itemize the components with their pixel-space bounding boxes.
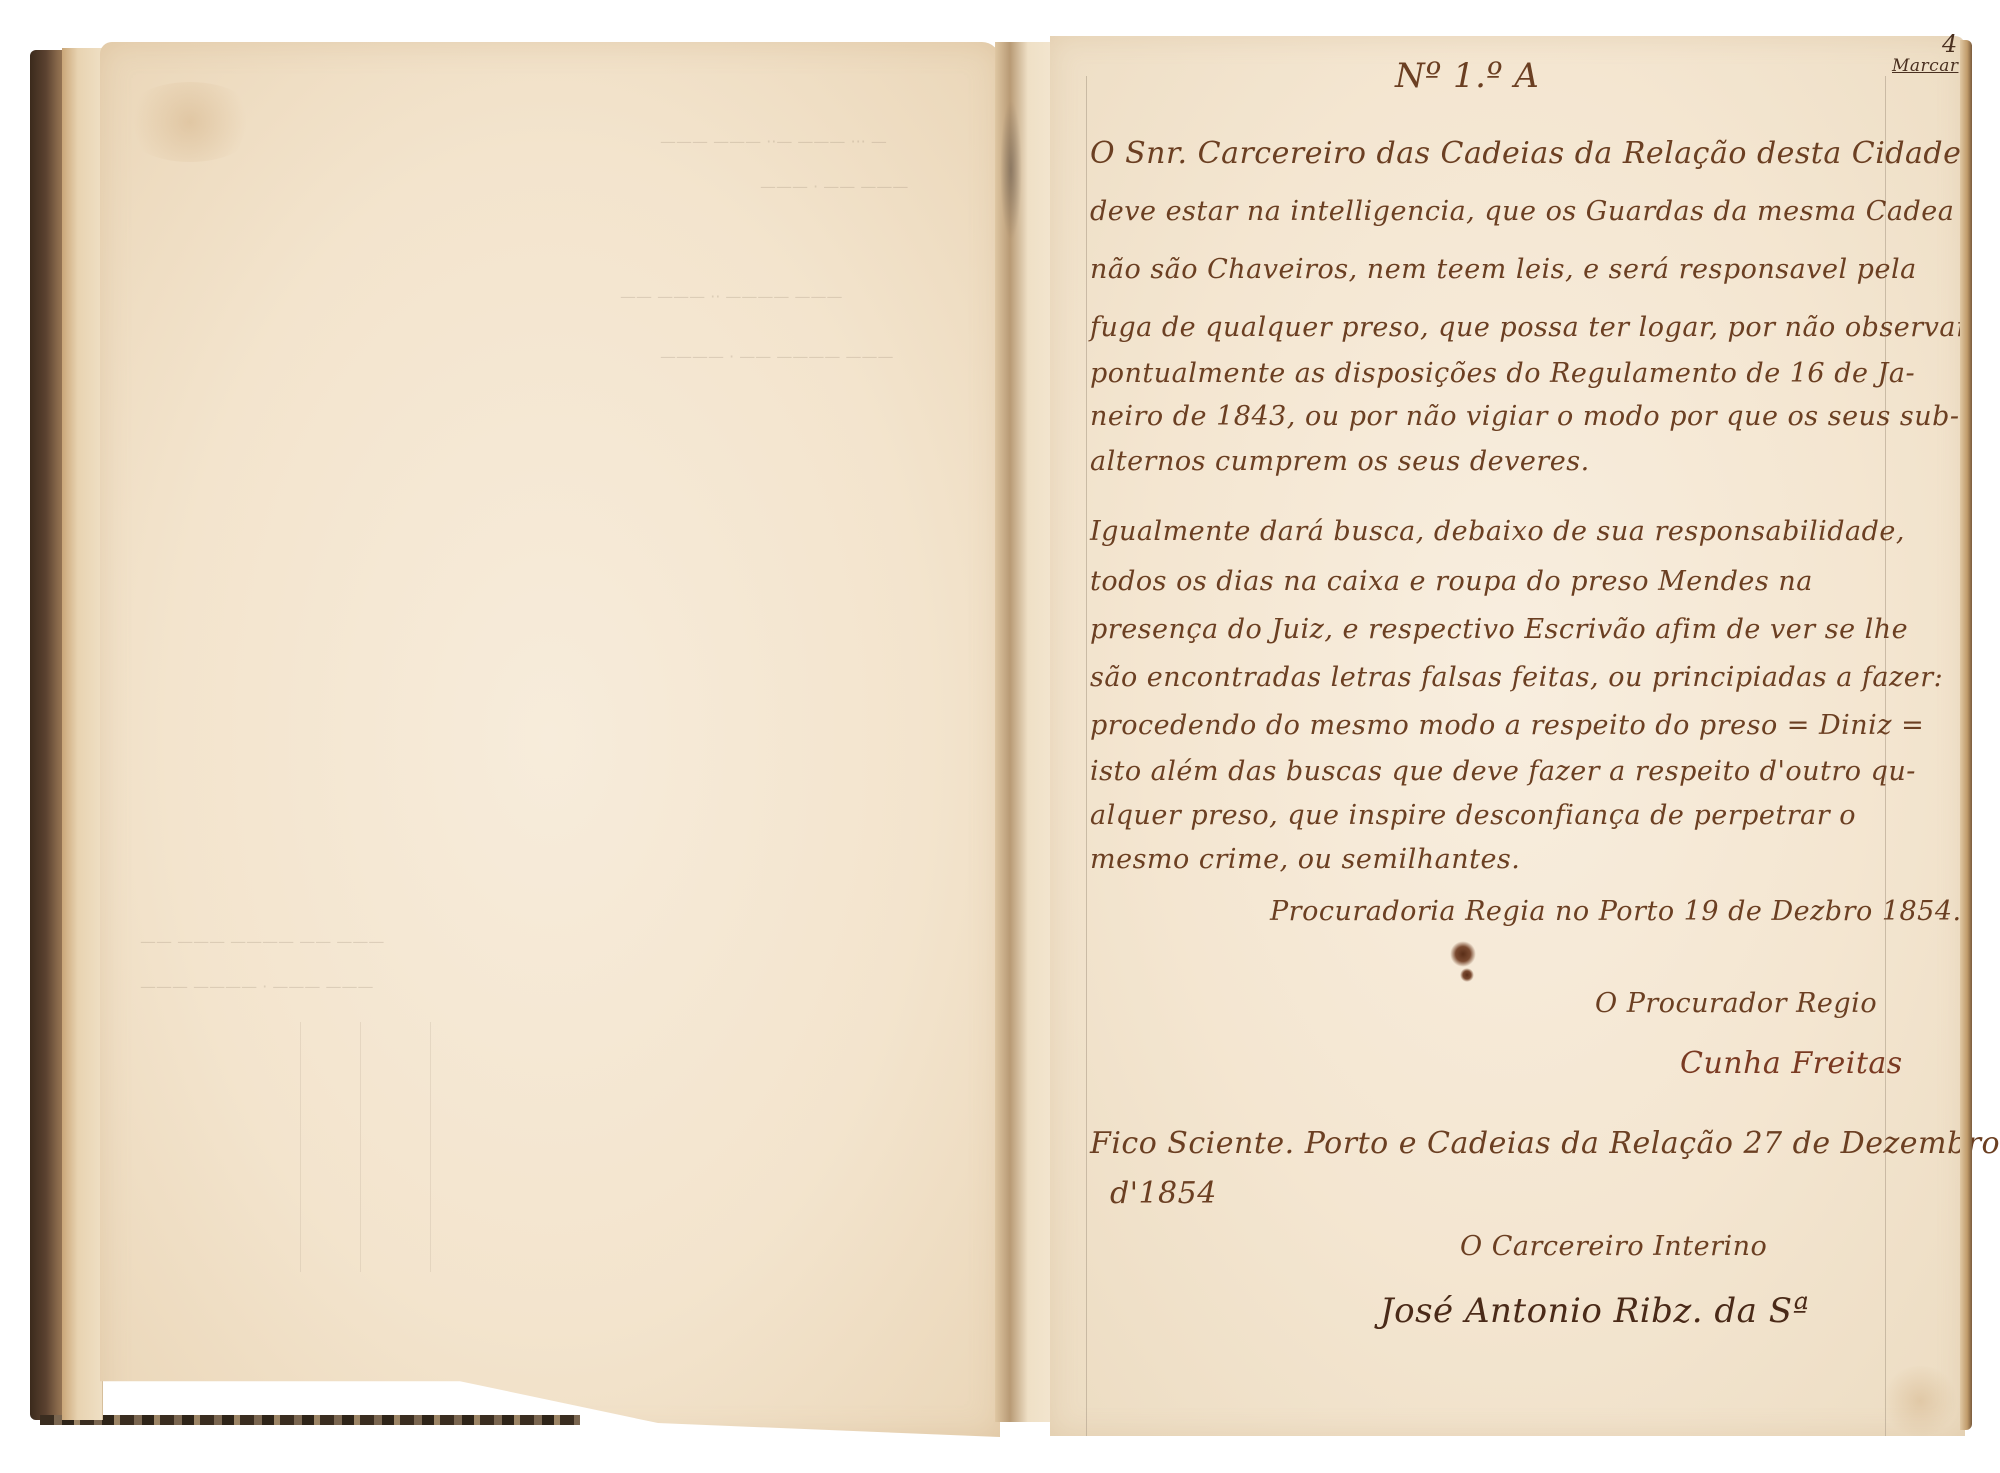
- acknowledgement-line: Fico Sciente. Porto e Cadeias da Relação…: [1090, 1126, 2000, 1161]
- ink-blot: [1460, 968, 1474, 982]
- signature-carcereiro: José Antonio Ribz. da Sª: [1380, 1291, 1809, 1331]
- gutter: [995, 42, 1055, 1422]
- text-line: alquer preso, que inspire desconfiança d…: [1090, 800, 1856, 831]
- text-line: Igualmente dará busca, debaixo de sua re…: [1090, 516, 1905, 547]
- ghost-line: — ··· ——— —·· ——— ———: [660, 132, 887, 151]
- text-line: isto além das buscas que deve fazer a re…: [1090, 756, 1916, 787]
- open-ledger: — ··· ——— —·· ——— ——— ——— —— · ——— ——— —…: [0, 0, 2000, 1473]
- text-line: procedendo do mesmo modo a respeito do p…: [1090, 710, 1924, 741]
- right-page: 4 Marcar Nº 1.º A O Snr. Carcereiro das …: [1050, 36, 1965, 1436]
- text-line: presença do Juiz, e respectivo Escrivão …: [1090, 614, 1908, 645]
- text-line: todos os dias na caixa e roupa do preso …: [1090, 566, 1813, 597]
- right-page-stack: [1960, 40, 1972, 1430]
- text-line: neiro de 1843, ou por não vigiar o modo …: [1090, 401, 1960, 432]
- acknowledgement-line: d'1854: [1110, 1176, 1217, 1211]
- text-line: deve estar na intelligencia, que os Guar…: [1090, 196, 1954, 227]
- ghost-line: ——— ———— ·· ——— ——: [620, 287, 843, 306]
- text-line: pontualmente as disposições do Regulamen…: [1090, 358, 1915, 389]
- margin-note: Marcar: [1892, 56, 1958, 76]
- acknowledger-title: O Carcereiro Interino: [1460, 1231, 1767, 1262]
- ghost-line: ——— —— ———— ——— ——: [140, 932, 384, 951]
- stain: [1880, 1366, 1960, 1436]
- text-line: O Snr. Carcereiro das Cadeias da Relação…: [1090, 136, 1961, 171]
- signatory-title: O Procurador Regio: [1595, 988, 1877, 1019]
- left-page: — ··· ——— —·· ——— ——— ——— —— · ——— ——— —…: [100, 42, 1000, 1437]
- text-line: não são Chaveiros, nem teem leis, e será…: [1090, 254, 1917, 285]
- text-line: mesmo crime, ou semilhantes.: [1090, 844, 1520, 875]
- ink-blot: [1450, 941, 1476, 967]
- ghost-line: ——— —— · ———: [760, 177, 908, 196]
- signature-procurador: Cunha Freitas: [1680, 1046, 1903, 1081]
- ghost-table-rule: [430, 1022, 431, 1272]
- text-line: são encontradas letras falsas feitas, ou…: [1090, 662, 1943, 693]
- page-number: 4: [1942, 30, 1958, 58]
- ghost-line: ——— ——— · ———— ———: [140, 977, 373, 996]
- entry-heading: Nº 1.º A: [1395, 56, 1539, 96]
- text-line: alternos cumprem os seus deveres.: [1090, 446, 1590, 477]
- stain: [120, 82, 260, 162]
- ghost-table-rule: [300, 1022, 301, 1272]
- gutter-shadow: [1000, 100, 1022, 240]
- left-margin-rule: [1086, 76, 1087, 1436]
- text-line: fuga de qualquer preso, que possa ter lo…: [1090, 312, 1969, 343]
- dateline: Procuradoria Regia no Porto 19 de Dezbro…: [1270, 896, 1962, 927]
- marbled-cover-edge: [40, 1415, 580, 1425]
- ghost-line: ——— ———— —— · ————: [660, 347, 893, 366]
- left-page-stack: [62, 48, 103, 1420]
- ghost-table-rule: [360, 1022, 361, 1272]
